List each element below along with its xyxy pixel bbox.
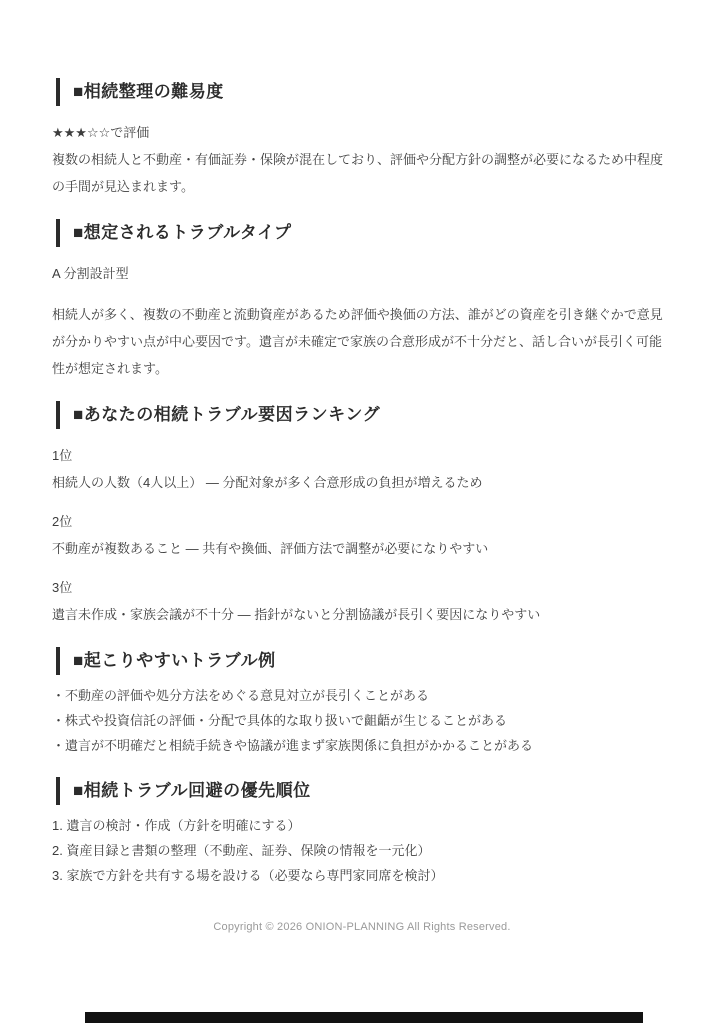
rank-text: 不動産が複数あること ― 共有や換価、評価方法で調整が必要になりやすい xyxy=(52,535,666,562)
rank-text: 相続人の人数（4人以上） ― 分配対象が多く合意形成の負担が増えるため xyxy=(52,469,666,496)
difficulty-body: 複数の相続人と不動産・有価証券・保険が混在しており、評価や分配方針の調整が必要に… xyxy=(52,146,666,200)
rank-label: 2位 xyxy=(52,508,666,535)
priority-item-1: 1. 遺言の検討・作成（方針を明確にする） xyxy=(52,813,666,838)
example-item-3: ・遺言が不明確だと相続手続きや協議が進まず家族関係に負担がかかることがある xyxy=(52,733,666,758)
section-ranking: ■あなたの相続トラブル要因ランキング 1位 相続人の人数（4人以上） ― 分配対… xyxy=(52,401,666,628)
rank-label: 1位 xyxy=(52,442,666,469)
report-content: ■相続整理の難易度 ★★★☆☆で評価 複数の相続人と不動産・有価証券・保険が混在… xyxy=(52,78,666,888)
rank-item-1: 1位 相続人の人数（4人以上） ― 分配対象が多く合意形成の負担が増えるため xyxy=(52,442,666,496)
trouble-type-label: A 分割設計型 xyxy=(52,260,666,287)
trouble-type-body: 相続人が多く、複数の不動産と流動資産があるため評価や換価の方法、誰がどの資産を引… xyxy=(52,301,666,382)
rank-label: 3位 xyxy=(52,574,666,601)
copyright-text: Copyright © 2026 ONION-PLANNING All Righ… xyxy=(0,921,724,933)
example-item-1: ・不動産の評価や処分方法をめぐる意見対立が長引くことがある xyxy=(52,683,666,708)
rank-item-2: 2位 不動産が複数あること ― 共有や換価、評価方法で調整が必要になりやすい xyxy=(52,508,666,562)
rank-text: 遺言未作成・家族会議が不十分 ― 指針がないと分割協議が長引く要因になりやすい xyxy=(52,601,666,628)
section-examples: ■起こりやすいトラブル例 ・不動産の評価や処分方法をめぐる意見対立が長引くことが… xyxy=(52,647,666,758)
section-difficulty: ■相続整理の難易度 ★★★☆☆で評価 複数の相続人と不動産・有価証券・保険が混在… xyxy=(52,78,666,200)
difficulty-rating-line: ★★★☆☆で評価 xyxy=(52,119,666,146)
priority-item-3: 3. 家族で方針を共有する場を設ける（必要なら専門家同席を検討） xyxy=(52,863,666,888)
section-trouble-type: ■想定されるトラブルタイプ A 分割設計型 相続人が多く、複数の不動産と流動資産… xyxy=(52,219,666,382)
example-item-2: ・株式や投資信託の評価・分配で具体的な取り扱いで齟齬が生じることがある xyxy=(52,708,666,733)
section-priority-heading: ■相続トラブル回避の優先順位 xyxy=(56,777,666,805)
section-ranking-heading: ■あなたの相続トラブル要因ランキング xyxy=(56,401,666,429)
report-page: ■相続整理の難易度 ★★★☆☆で評価 複数の相続人と不動産・有価証券・保険が混在… xyxy=(0,0,724,1024)
section-trouble-type-heading: ■想定されるトラブルタイプ xyxy=(56,219,666,247)
section-priority: ■相続トラブル回避の優先順位 1. 遺言の検討・作成（方針を明確にする） 2. … xyxy=(52,777,666,888)
rank-item-3: 3位 遺言未作成・家族会議が不十分 ― 指針がないと分割協議が長引く要因になりや… xyxy=(52,574,666,628)
page-bottom-bar xyxy=(85,1012,643,1023)
section-difficulty-heading: ■相続整理の難易度 xyxy=(56,78,666,106)
section-examples-heading: ■起こりやすいトラブル例 xyxy=(56,647,666,675)
priority-item-2: 2. 資産目録と書類の整理（不動産、証券、保険の情報を一元化） xyxy=(52,838,666,863)
